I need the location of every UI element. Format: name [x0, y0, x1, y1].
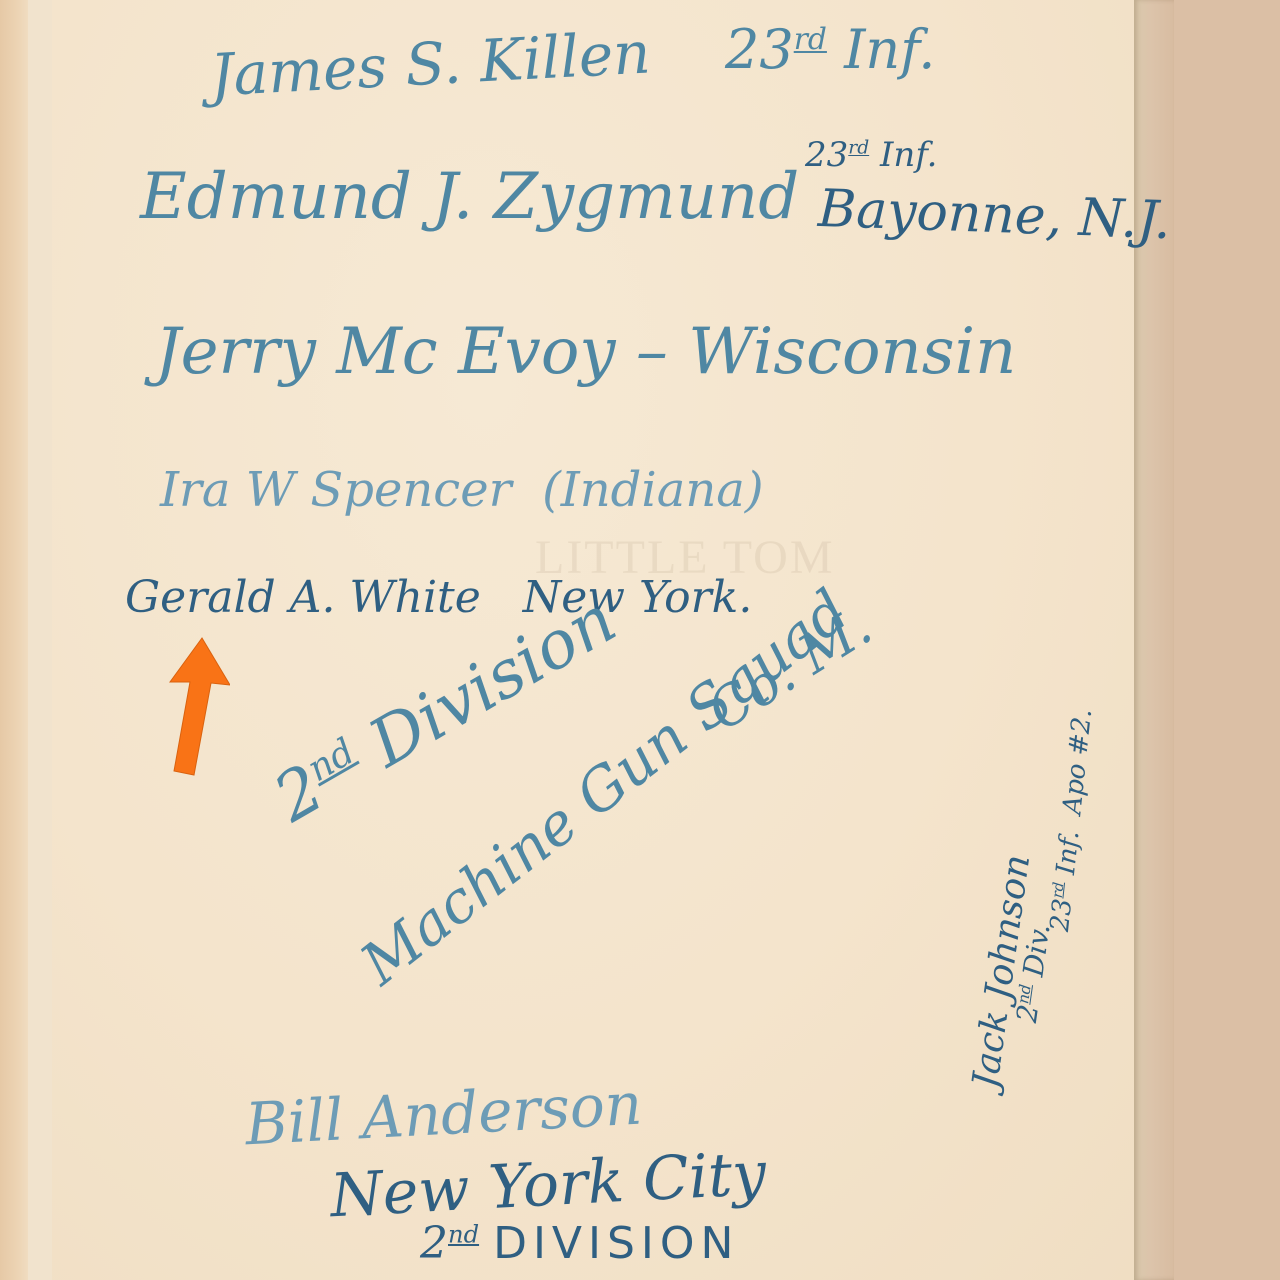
signer-location: Wisconsin — [688, 315, 1016, 389]
unit-23rd-inf-zygmund: 23rd Inf. — [805, 135, 938, 175]
unit-23rd-inf-killen: 23rd Inf. — [725, 18, 935, 81]
arrow-up-icon — [150, 630, 230, 780]
page-binding-strip — [28, 0, 53, 1280]
signature-edmund-zygmund: Edmund J. Zygmund — [140, 160, 799, 234]
scanned-autograph-page: LITTLE TOM James S. Killen 23rd Inf. Edm… — [0, 0, 1280, 1280]
signature-jerry-mcevoy: Jerry Mc Evoy – Wisconsin — [155, 315, 1016, 389]
unit-2nd-division-anderson: 2nd DIVISION — [420, 1218, 739, 1269]
signature-ira-spencer: Ira W Spencer (Indiana) — [160, 462, 764, 518]
signer-name: Jerry Mc Evoy — [155, 315, 616, 389]
signer-name: Ira W Spencer — [160, 462, 512, 518]
location-bayonne-nj: Bayonne, N.J. — [817, 179, 1172, 251]
signature-gerald-white: Gerald A. White New York. — [125, 572, 752, 623]
book-cover-edge — [0, 0, 28, 1280]
signer-name: Gerald A. White — [125, 572, 481, 623]
signer-name: Edmund J. Zygmund — [140, 160, 799, 234]
signer-location: (Indiana) — [542, 462, 764, 518]
